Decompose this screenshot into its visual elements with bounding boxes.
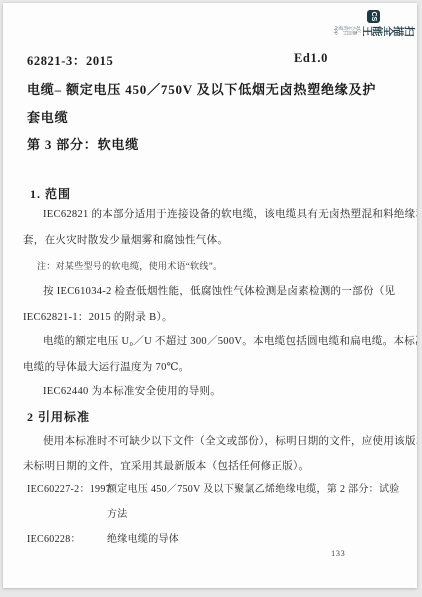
- camscanner-watermark: CS 扫描全能王 3亿人都在用的扫描App: [334, 10, 415, 37]
- camscanner-tagline-text: 3亿人都在用的扫描App: [334, 26, 361, 37]
- reference-id: IEC60228：: [27, 530, 81, 545]
- section-heading-scope: 1. 范围: [30, 185, 71, 202]
- scope-paragraph2-line1: 按 IEC61034-2 检查低烟性能，低腐蚀性气体检测是卤素检测的一部份（见: [43, 283, 395, 298]
- reference-description: 绝缘电缆的导体: [107, 530, 179, 545]
- references-intro-line1: 使用本标准时不可缺少以下文件（全文或部份），标明日期的文件，应使用该版本，: [43, 433, 417, 448]
- document-title-line-1: 电缆– 额定电压 450／750V 及以下低烟无卤热塑绝缘及护: [27, 79, 376, 98]
- reference-description-continued: 方法: [107, 505, 128, 520]
- standard-number: 62821-3：2015: [27, 51, 113, 69]
- page-number: 133: [331, 548, 345, 558]
- scope-paragraph3-line1: 电缆的额定电压 U₀／U 不超过 300／500V。本电缆包括圆电缆和扁电缆。本…: [43, 333, 417, 348]
- edition-label: Ed1.0: [294, 51, 328, 66]
- reference-id: IEC60227-2：1997: [27, 480, 111, 495]
- camscanner-brand-text: 扫描全能王: [362, 26, 415, 37]
- scope-note: 注：对某些型号的软电缆，使用术语“软线”。: [37, 259, 222, 272]
- scope-paragraph4: IEC62440 为本标准安全使用的导则。: [43, 383, 221, 398]
- reference-description: 额定电压 450／750V 及以下聚氯乙烯绝缘电缆，第 2 部分：试验: [107, 480, 400, 495]
- camscanner-logo-icon: CS: [367, 10, 380, 23]
- references-intro-line2: 未标明日期的文件，宜采用其最新版本（包括任何修正版）。: [23, 458, 309, 473]
- document-title-line-2: 套电缆: [27, 107, 68, 126]
- scope-paragraph1-line1: IEC62821 的本部分适用于连接设备的软电缆，该电缆具有无卤热塑混和料绝缘和…: [43, 206, 417, 221]
- scope-paragraph2-line2: IEC62821-1：2015 的附录 B）。: [23, 309, 173, 324]
- section-heading-references: 2 引用标准: [27, 408, 90, 425]
- scanned-document-page: CS 扫描全能王 3亿人都在用的扫描App 62821-3：2015 Ed1.0…: [3, 3, 417, 588]
- scope-paragraph1-line2: 套，在火灾时散发少量烟雾和腐蚀性气体。: [23, 232, 228, 247]
- scope-paragraph3-line2: 电缆的导体最大运行温度为 70℃。: [23, 359, 189, 374]
- document-title-line-3: 第 3 部分：软电缆: [27, 134, 139, 153]
